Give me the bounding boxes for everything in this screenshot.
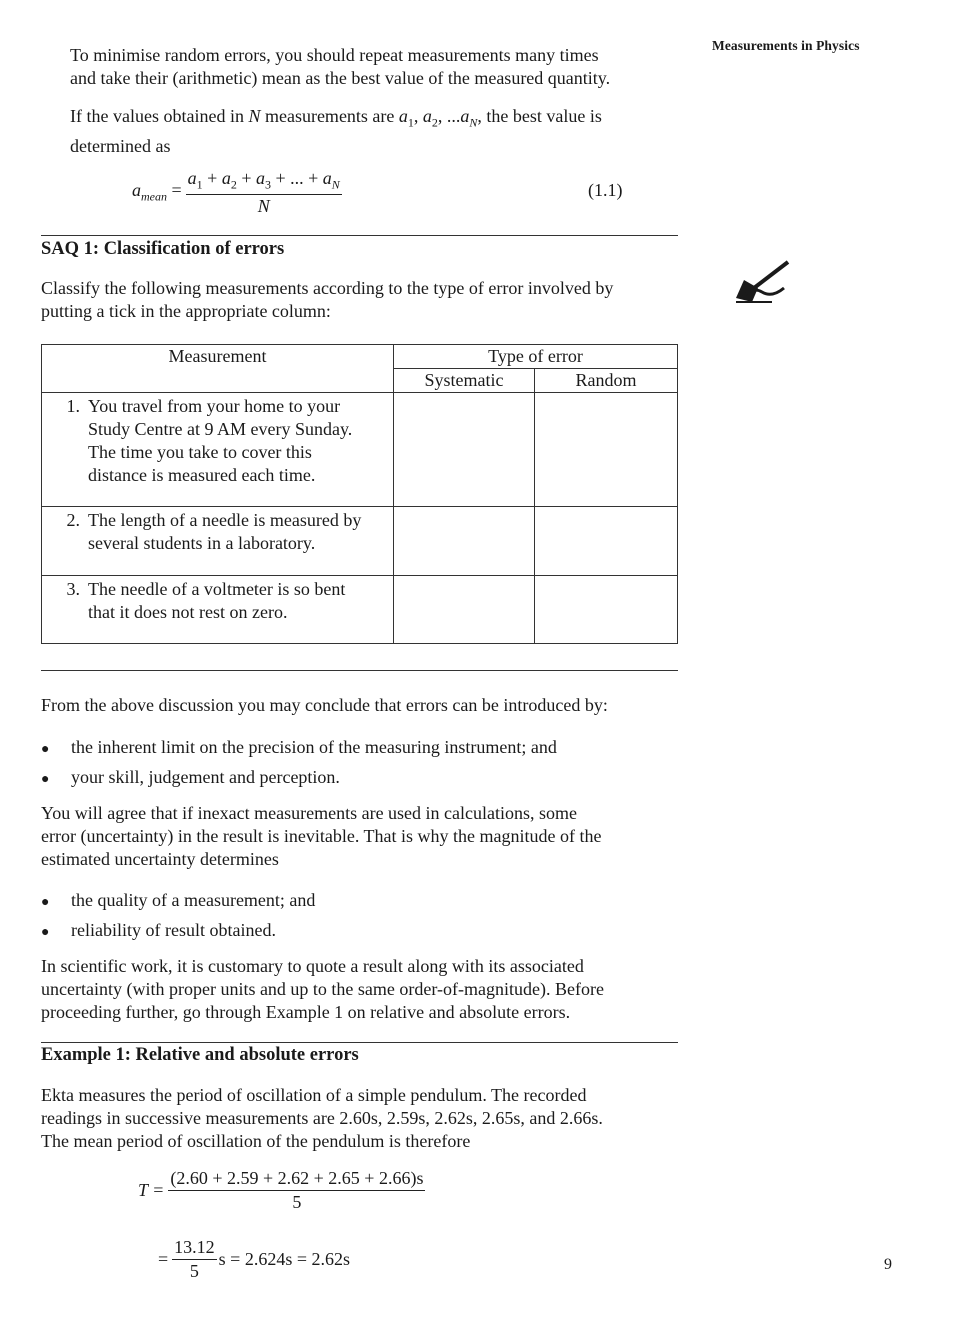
list-item: ●reliability of result obtained. — [41, 919, 315, 944]
random-tick-cell[interactable] — [535, 507, 678, 576]
saq-instruction: Classify the following measurements acco… — [41, 277, 613, 323]
saq-title: SAQ 1: Classification of errors — [41, 239, 284, 260]
list-item: ●the quality of a measurement; and — [41, 889, 315, 914]
bullet-list-1: ●the inherent limit on the precision of … — [41, 736, 557, 791]
equation-label: (1.1) — [588, 180, 623, 201]
divider — [41, 670, 678, 671]
saq-table: Measurement Type of error Systematic Ran… — [41, 344, 678, 644]
measurement-cell: 2. The length of a needle is measured by… — [42, 507, 394, 576]
table-row: 2. The length of a needle is measured by… — [42, 507, 678, 576]
column-header-random: Random — [535, 369, 678, 393]
column-header-systematic: Systematic — [394, 369, 535, 393]
systematic-tick-cell[interactable] — [394, 507, 535, 576]
example-text: Ekta measures the period of oscillation … — [41, 1084, 603, 1153]
list-item: ●the inherent limit on the precision of … — [41, 736, 557, 761]
conclusion-paragraph: You will agree that if inexact measureme… — [41, 802, 602, 871]
intro-paragraph-1: To minimise random errors, you should re… — [70, 44, 610, 90]
random-tick-cell[interactable] — [535, 576, 678, 644]
pen-writing-icon — [732, 258, 792, 306]
measurement-cell: 1. You travel from your home to your Stu… — [42, 393, 394, 507]
divider — [41, 1042, 678, 1043]
page-number: 9 — [884, 1256, 892, 1274]
equation-mean-period: T = (2.60 + 2.59 + 2.62 + 2.65 + 2.66)s … — [138, 1168, 425, 1213]
random-tick-cell[interactable] — [535, 393, 678, 507]
column-header-measurement: Measurement — [42, 345, 394, 393]
equation-result: = 13.12 5 s = 2.624s = 2.62s — [158, 1237, 350, 1282]
intro-paragraph-2-line1: If the values obtained in N measurements… — [70, 105, 602, 135]
divider — [41, 235, 678, 236]
example-title: Example 1: Relative and absolute errors — [41, 1045, 359, 1066]
measurement-cell: 3. The needle of a voltmeter is so bent … — [42, 576, 394, 644]
systematic-tick-cell[interactable] — [394, 576, 535, 644]
list-item: ●your skill, judgement and perception. — [41, 766, 557, 791]
equation-1-1: amean = a1 + a2 + a3 + ... + aN N — [132, 168, 342, 217]
running-head: Measurements in Physics — [712, 38, 860, 54]
scientific-work-paragraph: In scientific work, it is customary to q… — [41, 955, 604, 1024]
conclusion-lead: From the above discussion you may conclu… — [41, 694, 608, 717]
table-row: 3. The needle of a voltmeter is so bent … — [42, 576, 678, 644]
bullet-list-2: ●the quality of a measurement; and ●reli… — [41, 889, 315, 944]
table-row: 1. You travel from your home to your Stu… — [42, 393, 678, 507]
equation-lhs: amean = — [132, 180, 182, 205]
equation-fraction: a1 + a2 + a3 + ... + aN N — [186, 168, 342, 217]
column-header-type-of-error: Type of error — [394, 345, 678, 369]
systematic-tick-cell[interactable] — [394, 393, 535, 507]
intro-paragraph-2: If the values obtained in N measurements… — [70, 105, 602, 158]
